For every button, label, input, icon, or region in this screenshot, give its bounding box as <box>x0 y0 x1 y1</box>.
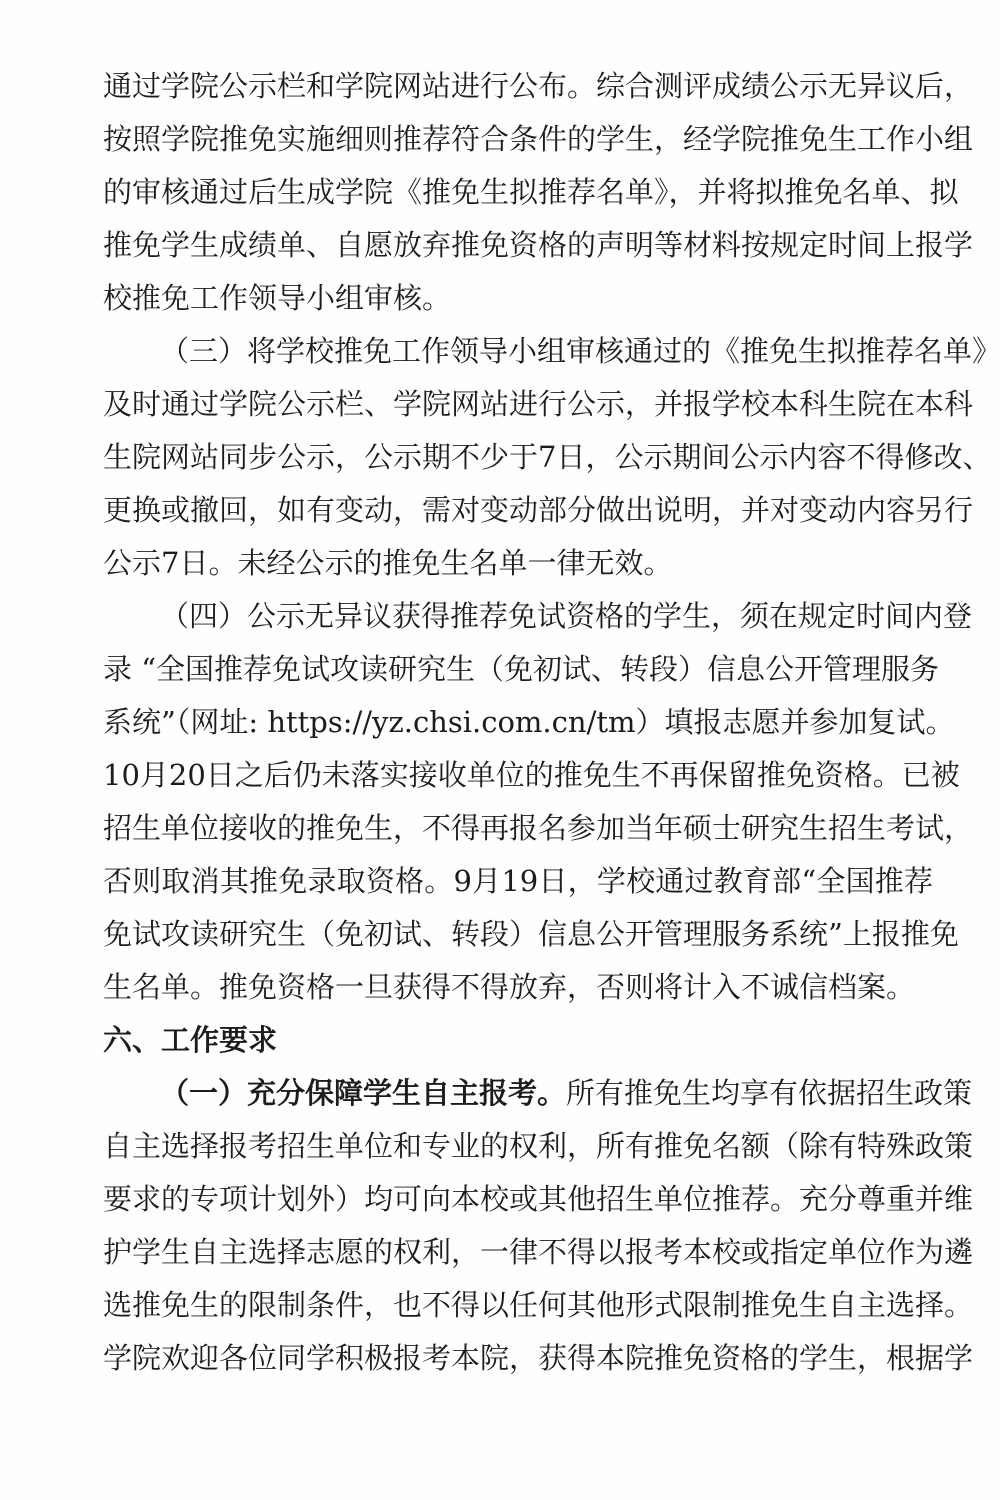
paragraph-item-3-first-line: （三）将学校推免工作领导小组审核通过的《推免生拟推荐名单》 <box>160 331 933 371</box>
text-line-with-url: 系统”（网址: https://yz.chsi.com.cn/tm）填报志愿并参… <box>103 702 933 742</box>
text-line: 免试攻读研究生（免初试、转段）信息公开管理服务系统”上报推免 <box>103 914 933 954</box>
text-line: 招生单位接收的推免生，不得再报名参加当年硕士研究生招生考试， <box>103 808 933 848</box>
text-line: 生院网站同步公示，公示期不少于7日，公示期间公示内容不得修改、 <box>103 437 933 477</box>
paragraph-req-1-first-line: （一）充分保障学生自主报考。所有推免生均享有依据招生政策 <box>160 1073 933 1113</box>
text-line: 自主选择报考招生单位和专业的权利，所有推免名额（除有特殊政策 <box>103 1126 933 1166</box>
text-line: 学院欢迎各位同学积极报考本院，获得本院推免资格的学生，根据学 <box>103 1338 933 1378</box>
paragraph-item-4-first-line: （四）公示无异议获得推荐免试资格的学生，须在规定时间内登 <box>160 596 933 636</box>
text-line: 的审核通过后生成学院《推免生拟推荐名单》，并将拟推免名单、拟 <box>103 172 933 212</box>
text-line: 校推免工作领导小组审核。 <box>103 278 933 318</box>
text-line: 通过学院公示栏和学院网站进行公布。综合测评成绩公示无异议后， <box>103 66 933 106</box>
text-line: 录 “全国推荐免试攻读研究生（免初试、转段）信息公开管理服务 <box>103 649 933 689</box>
text-line: 否则取消其推免录取资格。9月19日，学校通过教育部“全国推荐 <box>103 861 933 901</box>
text-line: 要求的专项计划外）均可向本校或其他招生单位推荐。充分尊重并维 <box>103 1179 933 1219</box>
text-line: 公示7日。未经公示的推免生名单一律无效。 <box>103 543 933 583</box>
text-line: 按照学院推免实施细则推荐符合条件的学生，经学院推免生工作小组 <box>103 119 933 159</box>
text-line: 护学生自主选择志愿的权利，一律不得以报考本校或指定单位作为遴 <box>103 1232 933 1272</box>
text-line: 及时通过学院公示栏、学院网站进行公示，并报学校本科生院在本科 <box>103 384 933 424</box>
text-line: 推免学生成绩单、自愿放弃推免资格的声明等材料按规定时间上报学 <box>103 225 933 265</box>
document-page: 通过学院公示栏和学院网站进行公布。综合测评成绩公示无异议后， 按照学院推免实施细… <box>0 0 1000 1500</box>
text-line: 生名单。推免资格一旦获得不得放弃，否则将计入不诚信档案。 <box>103 967 933 1007</box>
text-line: 更换或撤回，如有变动，需对变动部分做出说明，并对变动内容另行 <box>103 490 933 530</box>
text-line: 选推免生的限制条件，也不得以任何其他形式限制推免生自主选择。 <box>103 1285 933 1325</box>
bold-lead-text: （一）充分保障学生自主报考。 <box>160 1076 566 1110</box>
section-heading: 六、工作要求 <box>103 1020 933 1060</box>
text-line: 10月20日之后仍未落实接收单位的推免生不再保留推免资格。已被 <box>103 755 933 795</box>
text-span: 所有推免生均享有依据招生政策 <box>566 1076 972 1110</box>
